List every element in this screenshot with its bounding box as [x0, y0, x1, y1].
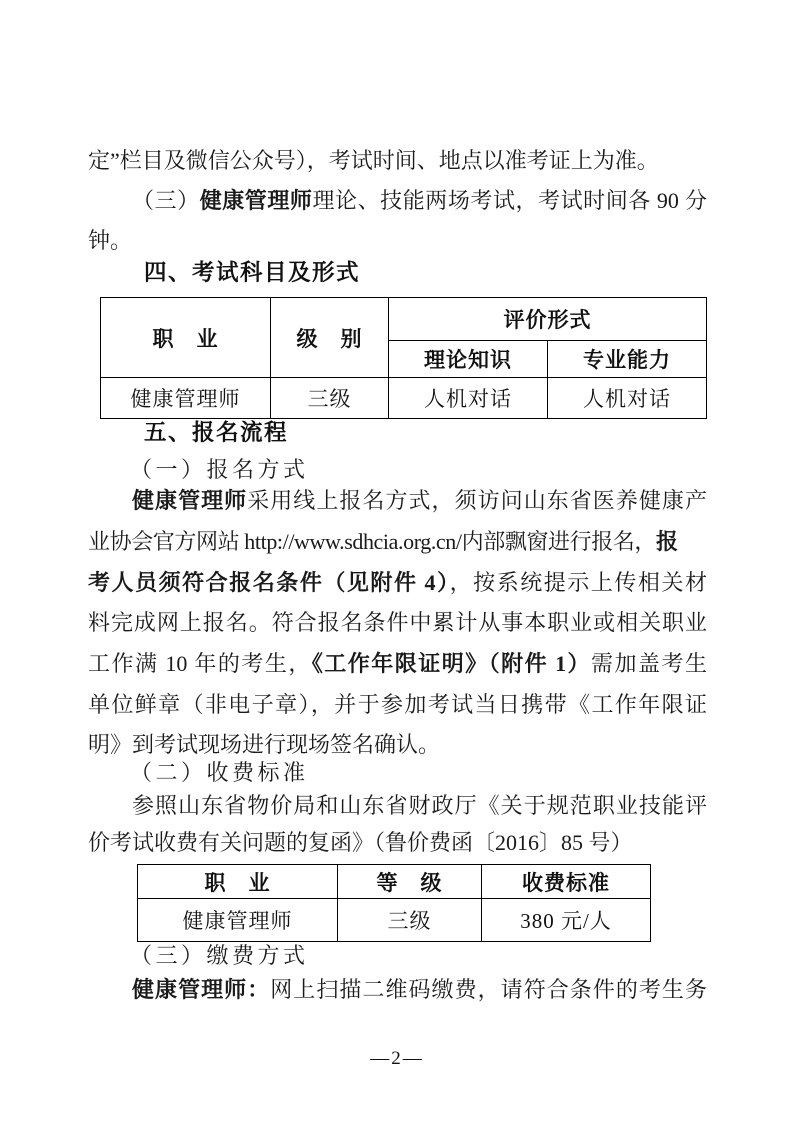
bold-term-health-manager: 健康管理师 [132, 488, 247, 513]
text-segment: ，按系统提示上传相关材 [450, 570, 707, 595]
cell-ability-value: 人机对话 [548, 378, 707, 419]
cell-standard-header: 收费标准 [482, 865, 651, 899]
text-line-feeref-1: 参照山东省物价局和山东省财政厅《关于规范职业技能评 [88, 791, 707, 821]
text-segment: 单位鲜章（非电子章），并于参加考试当日携带《工作年限证 [88, 692, 707, 717]
text-line-signup-7: 明》到考试现场进行现场签名确认。 [88, 730, 707, 760]
text-line-payment-1: 健康管理师：网上扫描二维码缴费，请符合条件的考生务 [88, 975, 707, 1005]
text-line-feeref-2: 价考试收费有关问题的复函》（鲁价费函〔2016〕85 号） [88, 828, 707, 858]
text-segment: （三） [132, 188, 200, 213]
bold-term-health-manager: 健康管理师： [132, 977, 270, 1002]
text-segment: 料完成网上报名。符合报名条件中累计从事本职业或相关职业 [88, 610, 707, 635]
text-line-signup-2: 业协会官方网站 http://www.sdhcia.org.cn/内部飘窗进行报… [88, 527, 707, 557]
cell-grade-value: 三级 [338, 899, 482, 942]
text-line-item3-tail: 钟。 [88, 226, 707, 256]
subheading-signup-method: （一）报名方式 [88, 455, 707, 485]
text-segment: 定”栏目及微信公众号），考试时间、地点以准考证上为准。 [88, 148, 659, 173]
document-page: 定”栏目及微信公众号），考试时间、地点以准考证上为准。 （三）健康管理师理论、技… [0, 0, 794, 1123]
section-heading-exam-subjects: 四、考试科目及形式 [88, 258, 707, 288]
text-line-signup-3: 考人员须符合报名条件（见附件 4），按系统提示上传相关材 [88, 568, 707, 598]
text-segment: 工作满 10 年的考生， [88, 651, 312, 676]
fee-standard-table: 职 业 等 级 收费标准 健康管理师 三级 380 元/人 [137, 864, 651, 942]
cell-evaluation-header: 评价形式 [389, 298, 707, 341]
text-segment: 明》到考试现场进行现场签名确认。 [88, 732, 440, 757]
text-segment: 采用线上报名方式，须访问山东省医养健康产 [247, 488, 707, 513]
cell-grade-header: 等 级 [338, 865, 482, 899]
text-segment: 参照山东省物价局和山东省财政厅《关于规范职业技能评 [132, 793, 707, 818]
text-line-signup-4: 料完成网上报名。符合报名条件中累计从事本职业或相关职业 [88, 608, 707, 638]
section-heading-signup-process: 五、报名流程 [88, 418, 707, 448]
cell-level-value: 三级 [271, 378, 389, 419]
table-row: 职 业 等 级 收费标准 [138, 865, 651, 899]
table-row: 健康管理师 三级 人机对话 人机对话 [101, 378, 707, 419]
cell-level-header: 级 别 [271, 298, 389, 378]
bold-segment-condition: 考人员须符合报名条件（见附件 4） [88, 570, 450, 595]
cell-occupation-value: 健康管理师 [101, 378, 271, 419]
cell-fee-value: 380 元/人 [482, 899, 651, 942]
cell-occupation-header: 职 业 [138, 865, 338, 899]
cell-ability-header: 专业能力 [548, 341, 707, 378]
text-line-signup-6: 单位鲜章（非电子章），并于参加考试当日携带《工作年限证 [88, 690, 707, 720]
text-segment: 理论、技能两场考试，考试时间各 90 分 [312, 188, 707, 213]
text-segment: 网上扫描二维码缴费，请符合条件的考生务 [270, 977, 707, 1002]
text-segment: 钟。 [88, 228, 132, 253]
text-line-signup-5: 工作满 10 年的考生，《工作年限证明》（附件 1）需加盖考生 [88, 649, 707, 679]
bold-segment: 报 [656, 529, 678, 554]
subheading-fee-standard: （二）收费标准 [88, 758, 707, 788]
cell-occupation-value: 健康管理师 [138, 899, 338, 942]
text-segment: 需加盖考生 [591, 651, 707, 676]
bold-term-health-manager: 健康管理师 [200, 188, 313, 213]
table-row: 职 业 级 别 评价形式 [101, 298, 707, 341]
cell-theory-value: 人机对话 [389, 378, 548, 419]
table-row: 健康管理师 三级 380 元/人 [138, 899, 651, 942]
cell-theory-header: 理论知识 [389, 341, 548, 378]
text-segment: 价考试收费有关问题的复函》（鲁价费函〔2016〕85 号） [88, 830, 633, 855]
subheading-payment-method: （三）缴费方式 [88, 941, 707, 971]
text-line-signup-1: 健康管理师采用线上报名方式，须访问山东省医养健康产 [88, 486, 707, 516]
exam-format-table: 职 业 级 别 评价形式 理论知识 专业能力 健康管理师 三级 人机对话 人机对… [100, 297, 707, 419]
page-number: —2— [0, 1048, 794, 1070]
cell-occupation-header: 职 业 [101, 298, 271, 378]
text-line-item3: （三）健康管理师理论、技能两场考试，考试时间各 90 分 [88, 186, 707, 216]
bold-segment-work-proof: 《工作年限证明》（附件 1） [312, 651, 591, 676]
text-segment-with-url: 业协会官方网站 http://www.sdhcia.org.cn/内部飘窗进行报… [88, 529, 656, 554]
text-line-carryover: 定”栏目及微信公众号），考试时间、地点以准考证上为准。 [88, 146, 707, 176]
